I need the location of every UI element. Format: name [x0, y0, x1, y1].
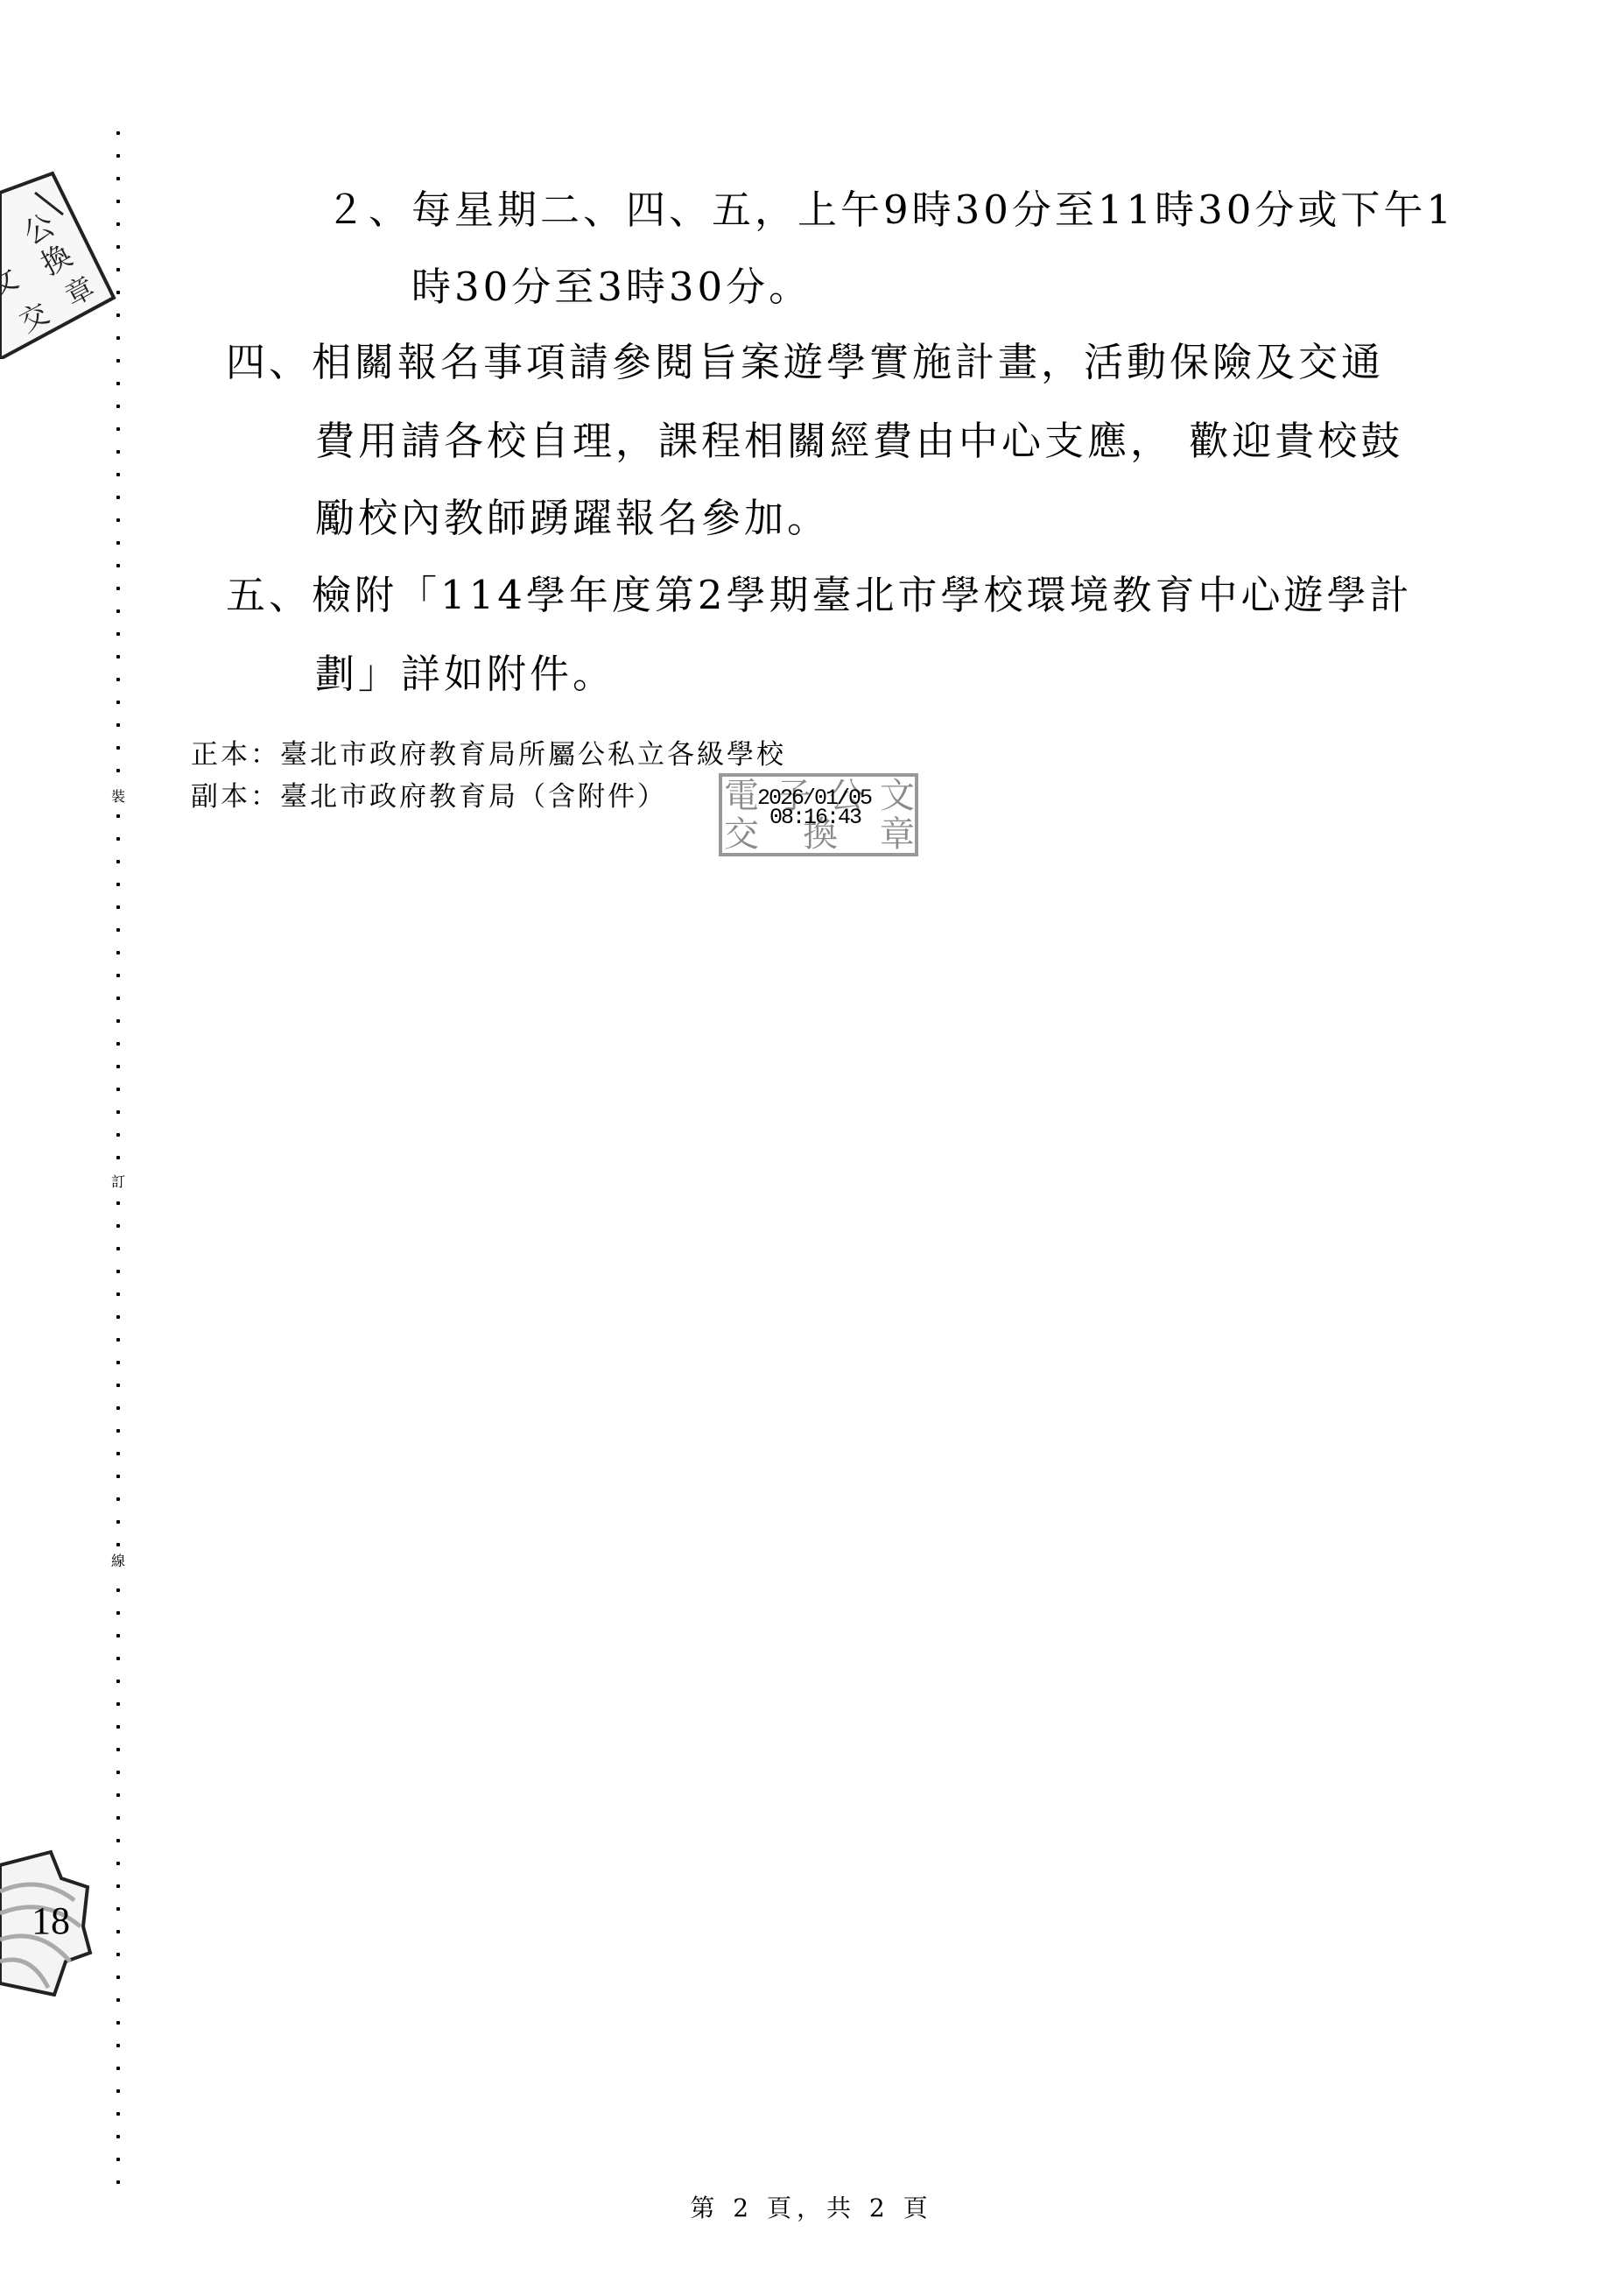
stamp-char: 文	[880, 778, 915, 813]
binding-dot	[116, 2112, 120, 2116]
binding-dot	[116, 2021, 120, 2025]
binding-dot	[116, 1976, 120, 1979]
binding-dot	[116, 837, 120, 841]
binding-dot	[116, 518, 120, 522]
binding-dot	[116, 1429, 120, 1433]
binding-dot	[116, 1110, 120, 1114]
binding-dot	[116, 655, 120, 659]
binding-dot	[116, 883, 120, 886]
binding-dot	[116, 1543, 120, 1546]
stamp-char: 電	[724, 778, 759, 813]
binding-dot	[116, 291, 120, 294]
stamp-char: 交	[724, 817, 759, 852]
binding-dot	[116, 1725, 120, 1729]
copy-recipient: 副本：臺北市政府教育局（含附件）	[191, 778, 667, 816]
binding-dot	[116, 564, 120, 567]
binding-dot	[116, 1384, 120, 1387]
binding-dot	[116, 268, 120, 271]
binding-dot	[116, 450, 120, 454]
binding-dot	[116, 1042, 120, 1046]
binding-dot	[116, 1361, 120, 1364]
binding-dot	[116, 1839, 120, 1842]
binding-dot	[116, 974, 120, 977]
binding-dot	[116, 2067, 120, 2070]
seal-stamp-top: 公 換 章 文 交	[0, 166, 118, 359]
seal-number: 18	[32, 1898, 70, 1943]
binding-label-zhuang: 裝	[109, 788, 127, 806]
binding-label-xian: 線	[109, 1553, 127, 1570]
binding-dot	[116, 1657, 120, 1660]
binding-dot	[116, 200, 120, 203]
binding-dot	[116, 1611, 120, 1615]
binding-dot	[116, 769, 120, 772]
binding-dot	[116, 1771, 120, 1774]
binding-dot	[116, 1884, 120, 1888]
binding-dot	[116, 1680, 120, 1683]
binding-dot	[116, 1406, 120, 1410]
binding-dot	[116, 2044, 120, 2047]
binding-dot	[116, 2180, 120, 2184]
item-5-line-1: 五、檢附「114學年度第2學期臺北市學校環境教育中心遊學計	[226, 569, 1413, 622]
binding-dot	[116, 587, 120, 590]
binding-dot	[116, 131, 120, 135]
binding-dot	[116, 473, 120, 476]
binding-dot	[116, 701, 120, 704]
binding-dot	[116, 1338, 120, 1342]
binding-dot	[116, 427, 120, 431]
binding-dot	[116, 746, 120, 750]
binding-dot	[116, 1748, 120, 1751]
binding-dot	[116, 1930, 120, 1933]
binding-dot	[116, 541, 120, 545]
binding-dot	[116, 951, 120, 954]
binding-dot	[116, 1497, 120, 1501]
binding-dot	[116, 1201, 120, 1205]
binding-dot	[116, 1270, 120, 1273]
binding-dot	[116, 814, 120, 818]
binding-dot	[116, 1862, 120, 1865]
binding-dotted-line	[116, 131, 120, 2198]
binding-dot	[116, 1133, 120, 1137]
binding-dot	[116, 2089, 120, 2093]
binding-dot	[116, 382, 120, 385]
binding-dot	[116, 609, 120, 613]
binding-dot	[116, 359, 120, 363]
binding-dot	[116, 2135, 120, 2138]
binding-dot	[116, 313, 120, 317]
item-4-line-3: 勵校內教師踴躍報名參加。	[315, 492, 830, 545]
binding-dot	[116, 1588, 120, 1592]
electronic-exchange-stamp: 電 子 公 文 交 換 章 2026/01/05 08:16:43	[719, 773, 918, 856]
binding-dot	[116, 1998, 120, 2002]
item-2-line-2: 時30分至3時30分。	[411, 261, 811, 313]
binding-dot	[116, 1156, 120, 1159]
item-4-line-2: 費用請各校自理，課程相關經費由中心支應， 歡迎貴校鼓	[315, 415, 1403, 468]
binding-dot	[116, 928, 120, 932]
binding-dot	[116, 2158, 120, 2161]
page-indicator: 第 2 頁，共 2 頁	[0, 2189, 1623, 2224]
binding-dot	[116, 1315, 120, 1319]
binding-dot	[116, 1452, 120, 1455]
binding-dot	[116, 154, 120, 158]
binding-dot	[116, 1065, 120, 1068]
binding-dot	[116, 1292, 120, 1296]
binding-dot	[116, 1702, 120, 1706]
binding-dot	[116, 723, 120, 727]
binding-dot	[116, 405, 120, 408]
binding-dot	[116, 1816, 120, 1820]
stamp-time: 08:16:43	[769, 808, 861, 828]
binding-dot	[116, 496, 120, 499]
binding-dot	[116, 1953, 120, 1956]
binding-dot	[116, 1475, 120, 1478]
binding-dot	[116, 678, 120, 681]
binding-dot	[116, 245, 120, 249]
binding-dot	[116, 1907, 120, 1911]
stamp-char: 章	[880, 817, 915, 852]
item-5-line-2: 劃」詳如附件。	[315, 648, 615, 701]
binding-label-ding: 訂	[109, 1173, 127, 1191]
binding-dot	[116, 905, 120, 909]
binding-dot	[116, 1224, 120, 1228]
binding-dot	[116, 1793, 120, 1797]
item-2-line-1: ２、每星期二、四、五，上午9時30分至11時30分或下午1	[326, 184, 1455, 236]
binding-dot	[116, 1019, 120, 1023]
binding-dot	[116, 1088, 120, 1091]
binding-dot	[116, 1520, 120, 1524]
binding-dot	[116, 1247, 120, 1250]
item-4-line-1: 四、相關報名事項請參閱旨案遊學實施計畫，活動保險及交通	[226, 336, 1384, 389]
binding-dot	[116, 1634, 120, 1637]
binding-dot	[116, 860, 120, 863]
binding-dot	[116, 632, 120, 636]
binding-dot	[116, 222, 120, 226]
original-recipient: 正本：臺北市政府教育局所屬公私立各級學校	[191, 736, 786, 774]
binding-dot	[116, 336, 120, 340]
binding-dot	[116, 997, 120, 1000]
binding-dot	[116, 177, 120, 180]
